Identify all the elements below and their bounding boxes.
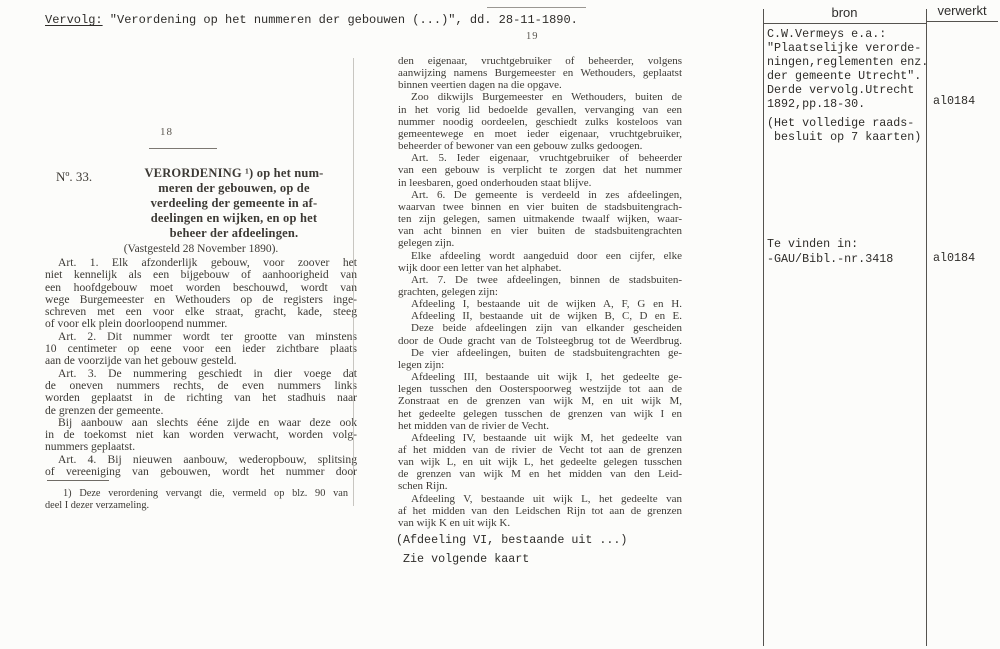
typed-header-text: "Verordening op het nummeren der gebouwe… bbox=[103, 13, 578, 27]
paragraph: Afdeeling IV, bestaande uit wijk M, het … bbox=[398, 432, 682, 493]
paragraph: Art. 6. De gemeente is verdeeld in zes a… bbox=[398, 189, 682, 250]
source-entry: C.W.Vermeys e.a.:"Plaatselijke verorde-n… bbox=[767, 27, 928, 111]
paragraph: Bij aanbouw aan slechts ééne zijde en wa… bbox=[45, 417, 357, 454]
text-line: Zoo dikwijls Burgemeester en Wethouders,… bbox=[398, 91, 682, 103]
text-line: beheer der afdeelingen. bbox=[134, 226, 334, 241]
paragraph: Afdeeling II, bestaande uit de wijken B,… bbox=[398, 310, 682, 322]
text-line: verdeeling der gemeente in af- bbox=[134, 196, 334, 211]
text-line: Zie volgende kaart bbox=[396, 550, 627, 569]
paragraph: Art. 1. Elk afzonderlijk gebouw, voor zo… bbox=[45, 257, 357, 331]
text-line: aan de voorzijde van het gebouw gesteld. bbox=[45, 355, 357, 367]
text-line: De vier afdeelingen, buiten de stadsbuit… bbox=[398, 347, 682, 359]
text-line: VERORDENING ¹) op het num- bbox=[134, 166, 334, 181]
text-line: de grenzen der gemeente. bbox=[45, 405, 357, 417]
text-line: de grenzen van wijk M en het midden van … bbox=[398, 468, 682, 480]
scan-fold-line bbox=[353, 58, 354, 506]
paragraph: 1) Deze verordening vervangt die, vermel… bbox=[45, 488, 348, 512]
paragraph: Afdeeling III, bestaande uit wijk I, het… bbox=[398, 371, 682, 432]
bron-column-left-border bbox=[763, 9, 764, 646]
text-line: Afdeeling V, bestaande uit wijk L, het g… bbox=[398, 493, 682, 505]
text-line: wijk door een letter van het alphabet. bbox=[398, 262, 682, 274]
text-line: Afdeeling IV, bestaande uit wijk M, het … bbox=[398, 432, 682, 444]
footnote-rule bbox=[47, 480, 109, 481]
text-line: Elke afdeeling wordt aangeduid door een … bbox=[398, 250, 682, 262]
text-line: (Het volledige raads- bbox=[767, 116, 921, 130]
text-line: van wijk K en uit wijk K. bbox=[398, 517, 682, 529]
text-line: ten zijn gelegen, samen uitmakende twaal… bbox=[398, 213, 682, 225]
verwerkt-code-bottom: al0184 bbox=[933, 251, 975, 265]
text-line: Zonstraat en de grenzen van wijk M, en u… bbox=[398, 395, 682, 407]
typed-note-afdeeling-vi: (Afdeeling VI, bestaande uit ...) Zie vo… bbox=[396, 531, 627, 569]
text-line: van wijk L, en uit wijk L, het gedeelte … bbox=[398, 456, 682, 468]
paragraph: Art. 3. De nummering geschiedt in dier v… bbox=[45, 368, 357, 417]
ordinance-subtitle: (Vastgesteld 28 November 1890). bbox=[45, 243, 357, 255]
text-line: door de Oude gracht van de Tolsteegbrug … bbox=[398, 335, 682, 347]
text-line: schen Rijn. bbox=[398, 480, 682, 492]
text-line: of voor elk plein doorloopend nummer. bbox=[45, 318, 357, 330]
text-line: Te vinden in: bbox=[767, 237, 893, 252]
text-line: worden geplaatst in de richting van het … bbox=[45, 392, 357, 404]
text-line: meren der gebouwen, op de bbox=[134, 181, 334, 196]
text-line: Art. 7. De twee afdeelingen, binnen de s… bbox=[398, 274, 682, 286]
footnote: 1) Deze verordening vervangt die, vermel… bbox=[45, 488, 348, 512]
paragraph: Afdeeling V, bestaande uit wijk L, het g… bbox=[398, 493, 682, 529]
paragraph: Elke afdeeling wordt aangeduid door een … bbox=[398, 250, 682, 274]
verwerkt-header: verwerkt bbox=[926, 3, 998, 18]
page-number-19: 19 bbox=[526, 31, 539, 42]
right-column-paragraphs: den eigenaar, vruchtgebruiker of beheerd… bbox=[398, 55, 682, 529]
text-line: waarvan twee binnen en vier buiten de st… bbox=[398, 201, 682, 213]
text-line: besluit op 7 kaarten) bbox=[767, 130, 921, 144]
left-column-paragraphs: Art. 1. Elk afzonderlijk gebouw, voor zo… bbox=[45, 257, 357, 478]
text-line: Afdeeling III, bestaande uit wijk I, het… bbox=[398, 371, 682, 383]
paragraph: den eigenaar, vruchtgebruiker of beheerd… bbox=[398, 55, 682, 91]
text-line: deel I dezer verzameling. bbox=[45, 500, 348, 512]
text-line: Deze beide afdeelingen zijn van elkander… bbox=[398, 322, 682, 334]
text-line: nummer noodig oordeelen, geschiedt zulks… bbox=[398, 116, 682, 128]
text-line: "Plaatselijke verorde- bbox=[767, 41, 928, 55]
scanned-archive-card: { "typed_header": { "label": "Vervolg:",… bbox=[0, 0, 1000, 649]
typed-header: Vervolg: "Verordening op het nummeren de… bbox=[45, 13, 578, 27]
text-line: der gemeente Utrecht". bbox=[767, 69, 928, 83]
paragraph: Afdeeling I, bestaande uit de wijken A, … bbox=[398, 298, 682, 310]
text-line: nummers geplaatst. bbox=[45, 441, 357, 453]
text-line: Derde vervolg.Utrecht bbox=[767, 83, 928, 97]
paragraph: Art. 7. De twee afdeelingen, binnen de s… bbox=[398, 274, 682, 298]
text-line: den eigenaar, vruchtgebruiker of beheerd… bbox=[398, 55, 682, 67]
text-line: of vereeniging van gebouwen, wordt het n… bbox=[45, 466, 357, 478]
text-line: ningen,reglementen enz. bbox=[767, 55, 928, 69]
bron-header: bron bbox=[763, 5, 926, 20]
text-line: aanwijzing namens Burgemeester en Wethou… bbox=[398, 67, 682, 79]
text-line: -GAU/Bibl.-nr.3418 bbox=[767, 252, 893, 267]
text-line: (Afdeeling VI, bestaande uit ...) bbox=[396, 531, 627, 550]
text-line: in leesbaren, goed onderhouden staat bli… bbox=[398, 177, 682, 189]
page-number-18: 18 bbox=[160, 126, 173, 138]
text-line: het midden van de rivier de Vecht. bbox=[398, 420, 682, 432]
text-line: af het midden van de rivier de Vecht tot… bbox=[398, 444, 682, 456]
text-line: gemeentewege en moet ieder eigenaar, vru… bbox=[398, 128, 682, 140]
text-line: van acht binnen en vier buiten de stadsb… bbox=[398, 225, 682, 237]
bron-header-underline bbox=[763, 23, 926, 24]
text-line: 1892,pp.18-30. bbox=[767, 97, 928, 111]
text-line: deelingen en wijken, en op het bbox=[134, 211, 334, 226]
text-line: grachten, gelegen zijn: bbox=[398, 286, 682, 298]
text-line: af het midden van den Leidschen Rijn tot… bbox=[398, 505, 682, 517]
text-line: van een gebouw is verplicht te zorgen da… bbox=[398, 164, 682, 176]
text-line: gelegen zijn. bbox=[398, 237, 682, 249]
location-entry: Te vinden in:-GAU/Bibl.-nr.3418 bbox=[767, 237, 893, 266]
text-line: binnen veertien dagen na die opgave. bbox=[398, 79, 682, 91]
vervolg-label: Vervolg: bbox=[45, 13, 103, 27]
text-line: legen tusschen den Oosterspoorweg westzi… bbox=[398, 383, 682, 395]
source-note: (Het volledige raads- besluit op 7 kaart… bbox=[767, 116, 921, 144]
paragraph: Zoo dikwijls Burgemeester en Wethouders,… bbox=[398, 91, 682, 152]
text-line: Afdeeling II, bestaande uit de wijken B,… bbox=[398, 310, 682, 322]
date-overline-artifact bbox=[487, 7, 586, 8]
page-18-rule bbox=[149, 148, 217, 149]
verwerkt-header-underline bbox=[926, 21, 998, 22]
text-line: Art. 5. Ieder eigenaar, vruchtgebruiker … bbox=[398, 152, 682, 164]
paragraph: Art. 5. Ieder eigenaar, vruchtgebruiker … bbox=[398, 152, 682, 188]
text-line: C.W.Vermeys e.a.: bbox=[767, 27, 928, 41]
article-number: Nº. 33. bbox=[56, 169, 92, 185]
text-line: 1) Deze verordening vervangt die, vermel… bbox=[45, 488, 348, 500]
text-line: Art. 6. De gemeente is verdeeld in zes a… bbox=[398, 189, 682, 201]
paragraph: Art. 2. Dit nummer wordt ter grootte van… bbox=[45, 331, 357, 368]
text-line: Afdeeling I, bestaande uit de wijken A, … bbox=[398, 298, 682, 310]
text-line: legen zijn: bbox=[398, 359, 682, 371]
text-line: niet kennelijk als een bijgebouw of aanh… bbox=[45, 269, 357, 281]
paragraph: De vier afdeelingen, buiten de stadsbuit… bbox=[398, 347, 682, 371]
paragraph: Deze beide afdeelingen zijn van elkander… bbox=[398, 322, 682, 346]
verwerkt-code-top: al0184 bbox=[933, 94, 975, 108]
text-line: het gedeelte gelegen tusschen de grenzen… bbox=[398, 408, 682, 420]
text-line: in het vorig lid bedoelde gevallen, verv… bbox=[398, 104, 682, 116]
text-line: beheerder of bewoner van een gebouw zulk… bbox=[398, 140, 682, 152]
ordinance-title: VERORDENING ¹) op het num-meren der gebo… bbox=[134, 166, 334, 241]
paragraph: Art. 4. Bij nieuwen aanbouw, wederopbouw… bbox=[45, 454, 357, 479]
